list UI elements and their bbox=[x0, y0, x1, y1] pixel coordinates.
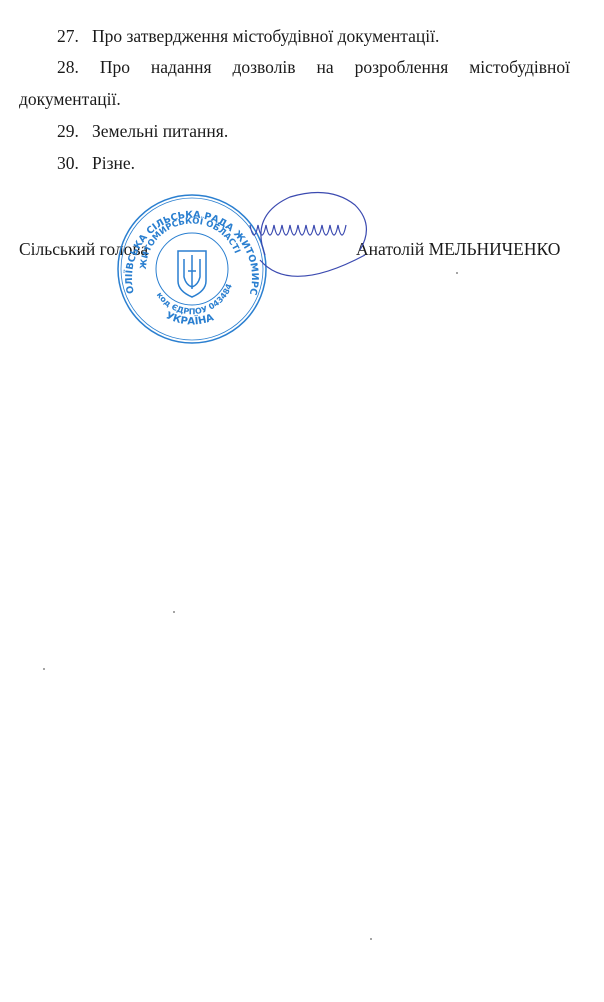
item-text: Різне. bbox=[92, 153, 135, 173]
agenda-item-27: 27. Про затвердження містобудівної докум… bbox=[57, 26, 439, 47]
item-text: Земельні питання. bbox=[92, 121, 228, 141]
word: надання bbox=[151, 57, 212, 78]
agenda-item-28: 28. Про надання дозволів на розроблення … bbox=[57, 57, 570, 78]
agenda-item-30: 30. Різне. bbox=[57, 153, 135, 174]
item-number: 28. bbox=[57, 57, 79, 78]
item-number: 30. bbox=[57, 153, 79, 174]
word: на bbox=[317, 57, 334, 78]
word: Про bbox=[100, 57, 130, 78]
signatory-name: Анатолій МЕЛЬНИЧЕНКО bbox=[356, 239, 560, 260]
item-text: Про затвердження містобудівної документа… bbox=[92, 26, 439, 46]
item-number: 29. bbox=[57, 121, 79, 142]
item-number: 27. bbox=[57, 26, 79, 47]
word: розроблення bbox=[355, 57, 449, 78]
scan-speck bbox=[370, 938, 372, 940]
agenda-item-28-continuation: документації. bbox=[19, 89, 121, 110]
scan-speck bbox=[173, 611, 175, 613]
word: дозволів bbox=[232, 57, 295, 78]
svg-text:код ЄДРПОУ 04348409: код ЄДРПОУ 04348409 bbox=[114, 193, 234, 316]
trident-icon bbox=[178, 251, 206, 297]
word: містобудівної bbox=[469, 57, 570, 78]
scan-speck bbox=[43, 668, 45, 670]
agenda-item-29: 29. Земельні питання. bbox=[57, 121, 228, 142]
handwritten-signature bbox=[230, 185, 370, 300]
scan-speck bbox=[456, 272, 458, 274]
